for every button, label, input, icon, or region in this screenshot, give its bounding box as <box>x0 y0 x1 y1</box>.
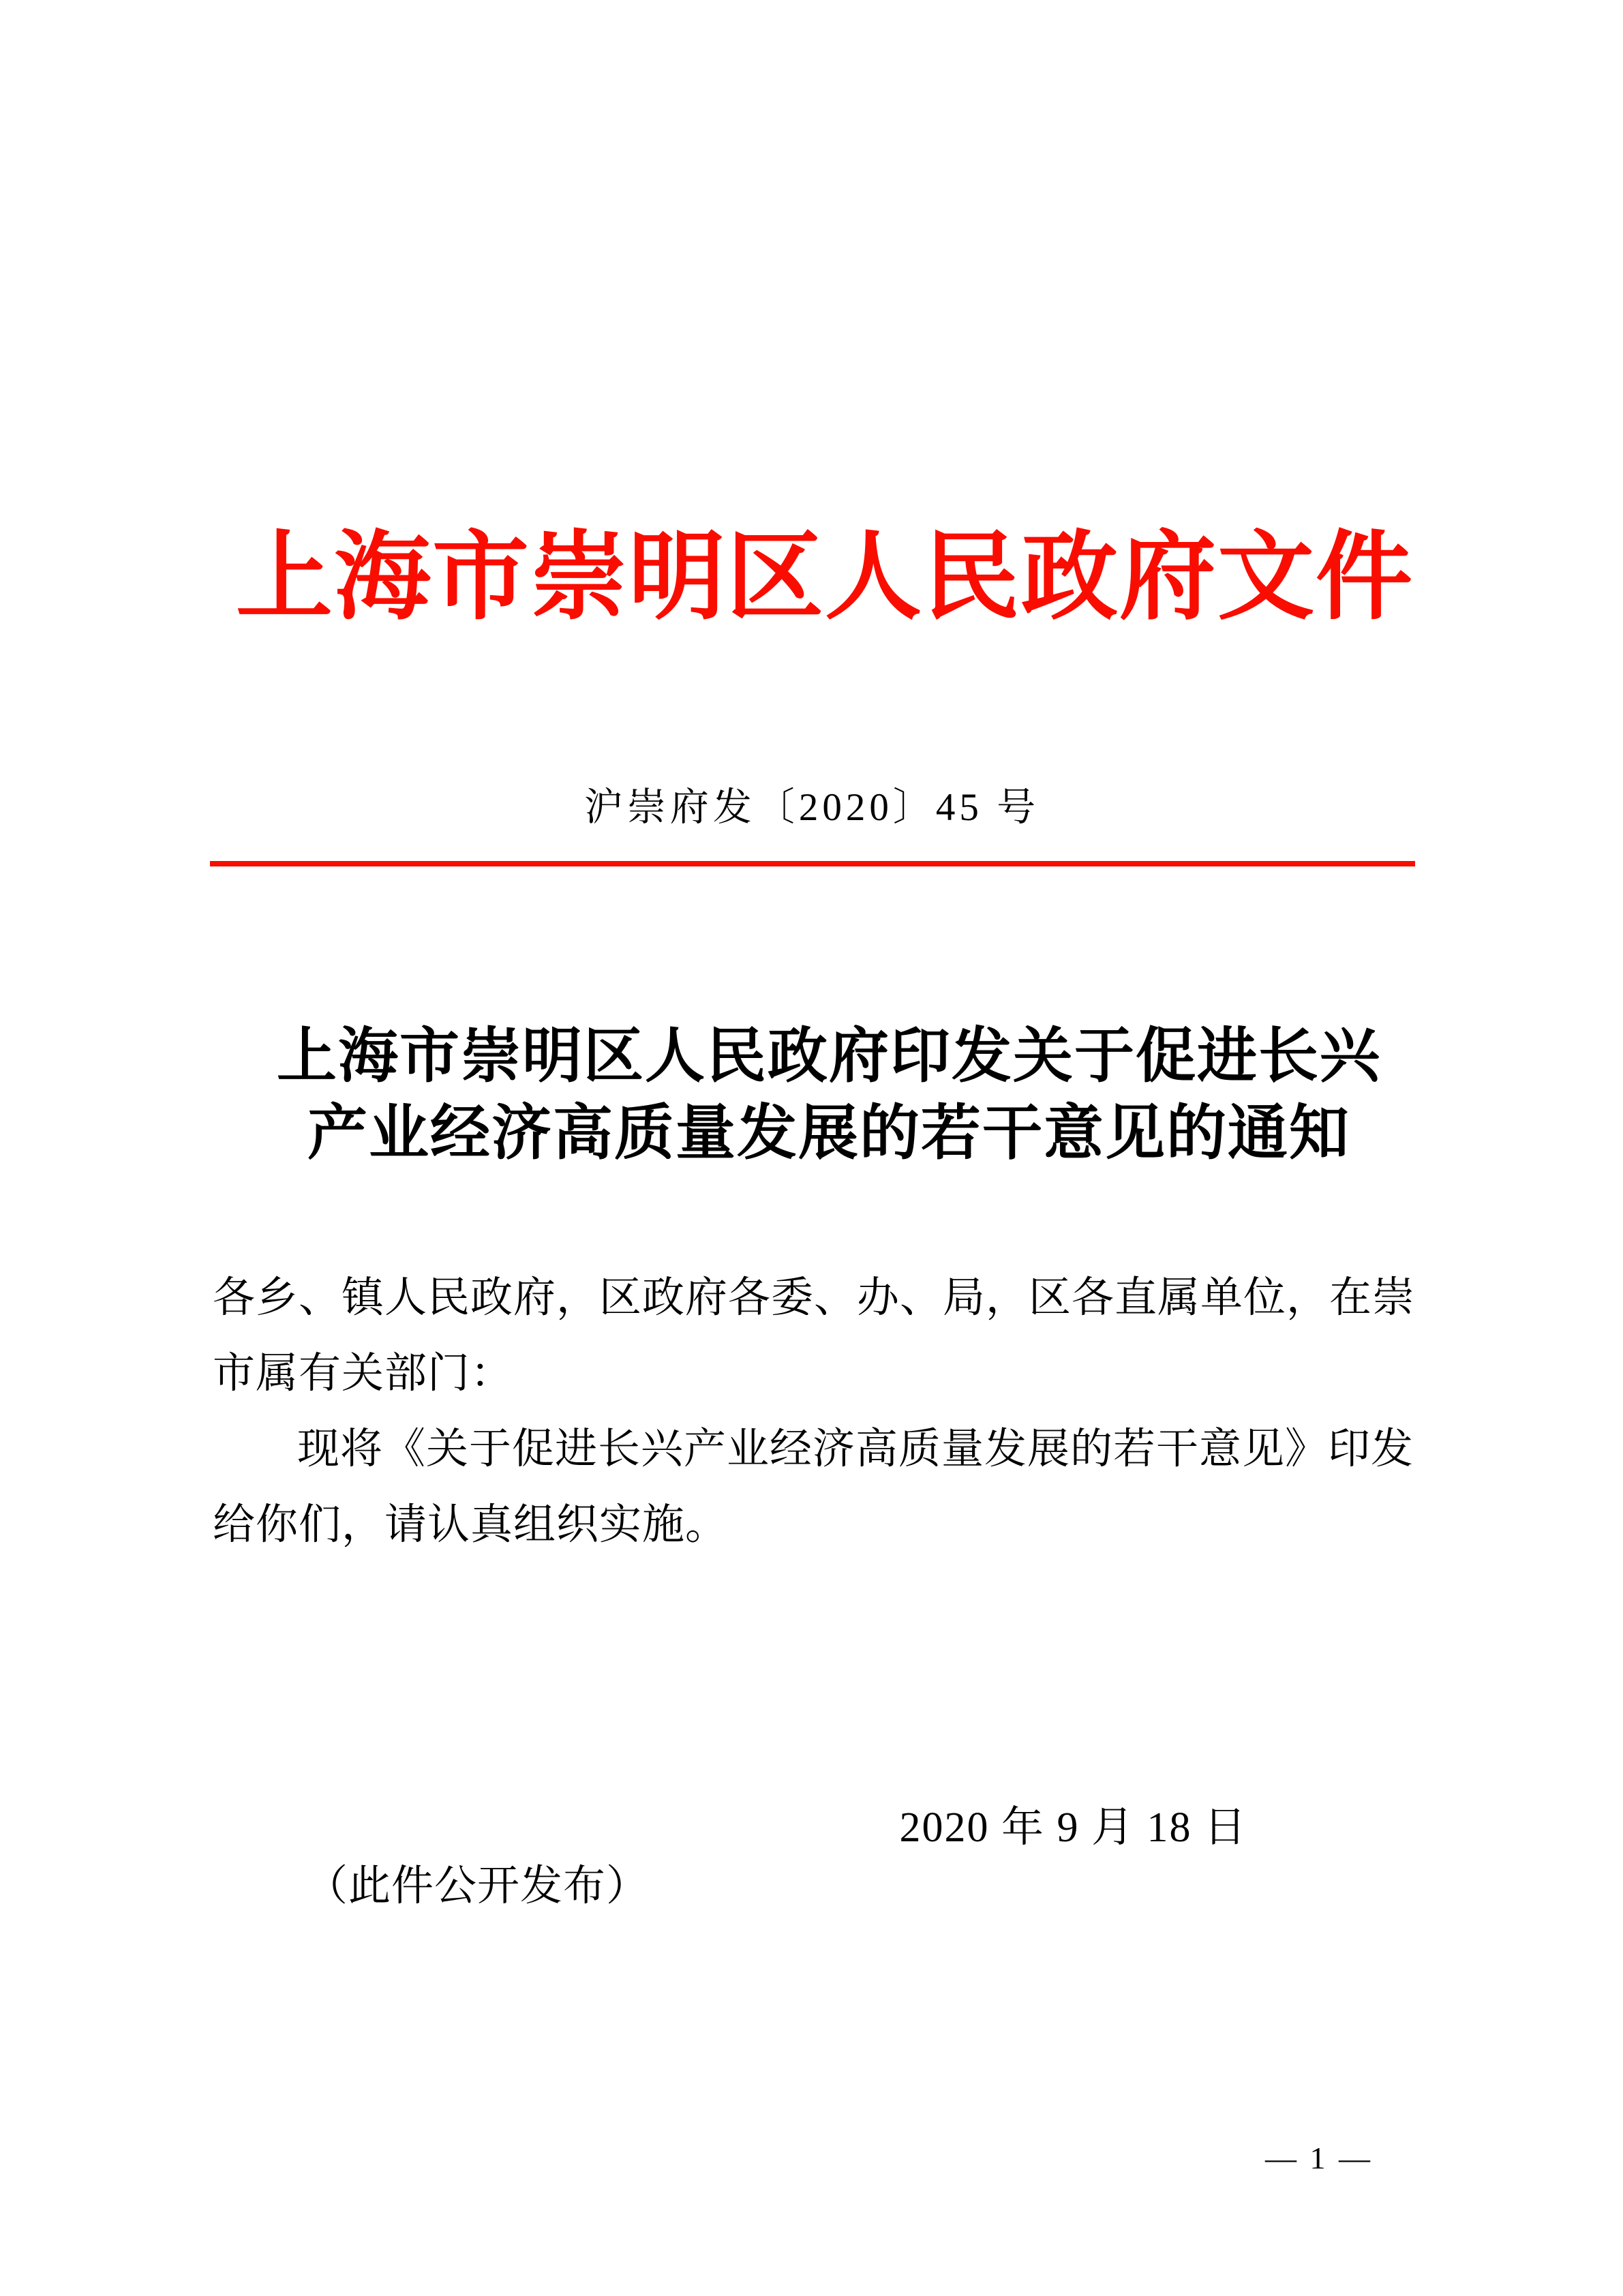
document-title: 上海市崇明区人民政府印发关于促进长兴 产业经济高质量发展的若干意见的通知 <box>106 1018 1551 1173</box>
body-line-1: 各乡、镇人民政府，区政府各委、办、局，区各直属单位，在崇 <box>213 1260 1418 1336</box>
public-release-note: （此件公开发布） <box>305 1849 649 1924</box>
document-title-line1: 上海市崇明区人民政府印发关于促进长兴 <box>106 1018 1551 1096</box>
letterhead-title: 上海市崇明区人民政府文件 <box>102 519 1547 635</box>
body-line-3: 现将《关于促进长兴产业经济高质量发展的若干意见》印发 <box>213 1412 1418 1487</box>
red-divider-line <box>210 861 1415 866</box>
doc-reference-number: 沪崇府发〔2020〕45 号 <box>209 784 1415 832</box>
body-paragraphs: 各乡、镇人民政府，区政府各委、办、局，区各直属单位，在崇 市属有关部门： 现将《… <box>213 1260 1418 1563</box>
document-title-line2: 产业经济高质量发展的若干意见的通知 <box>106 1096 1551 1173</box>
page-number: — 1 — <box>1220 2138 1418 2179</box>
document-page: 上海市崇明区人民政府文件 沪崇府发〔2020〕45 号 上海市崇明区人民政府印发… <box>0 0 1623 2296</box>
body-line-4: 给你们，请认真组织实施。 <box>213 1487 1418 1563</box>
body-line-2: 市属有关部门： <box>213 1336 1418 1412</box>
